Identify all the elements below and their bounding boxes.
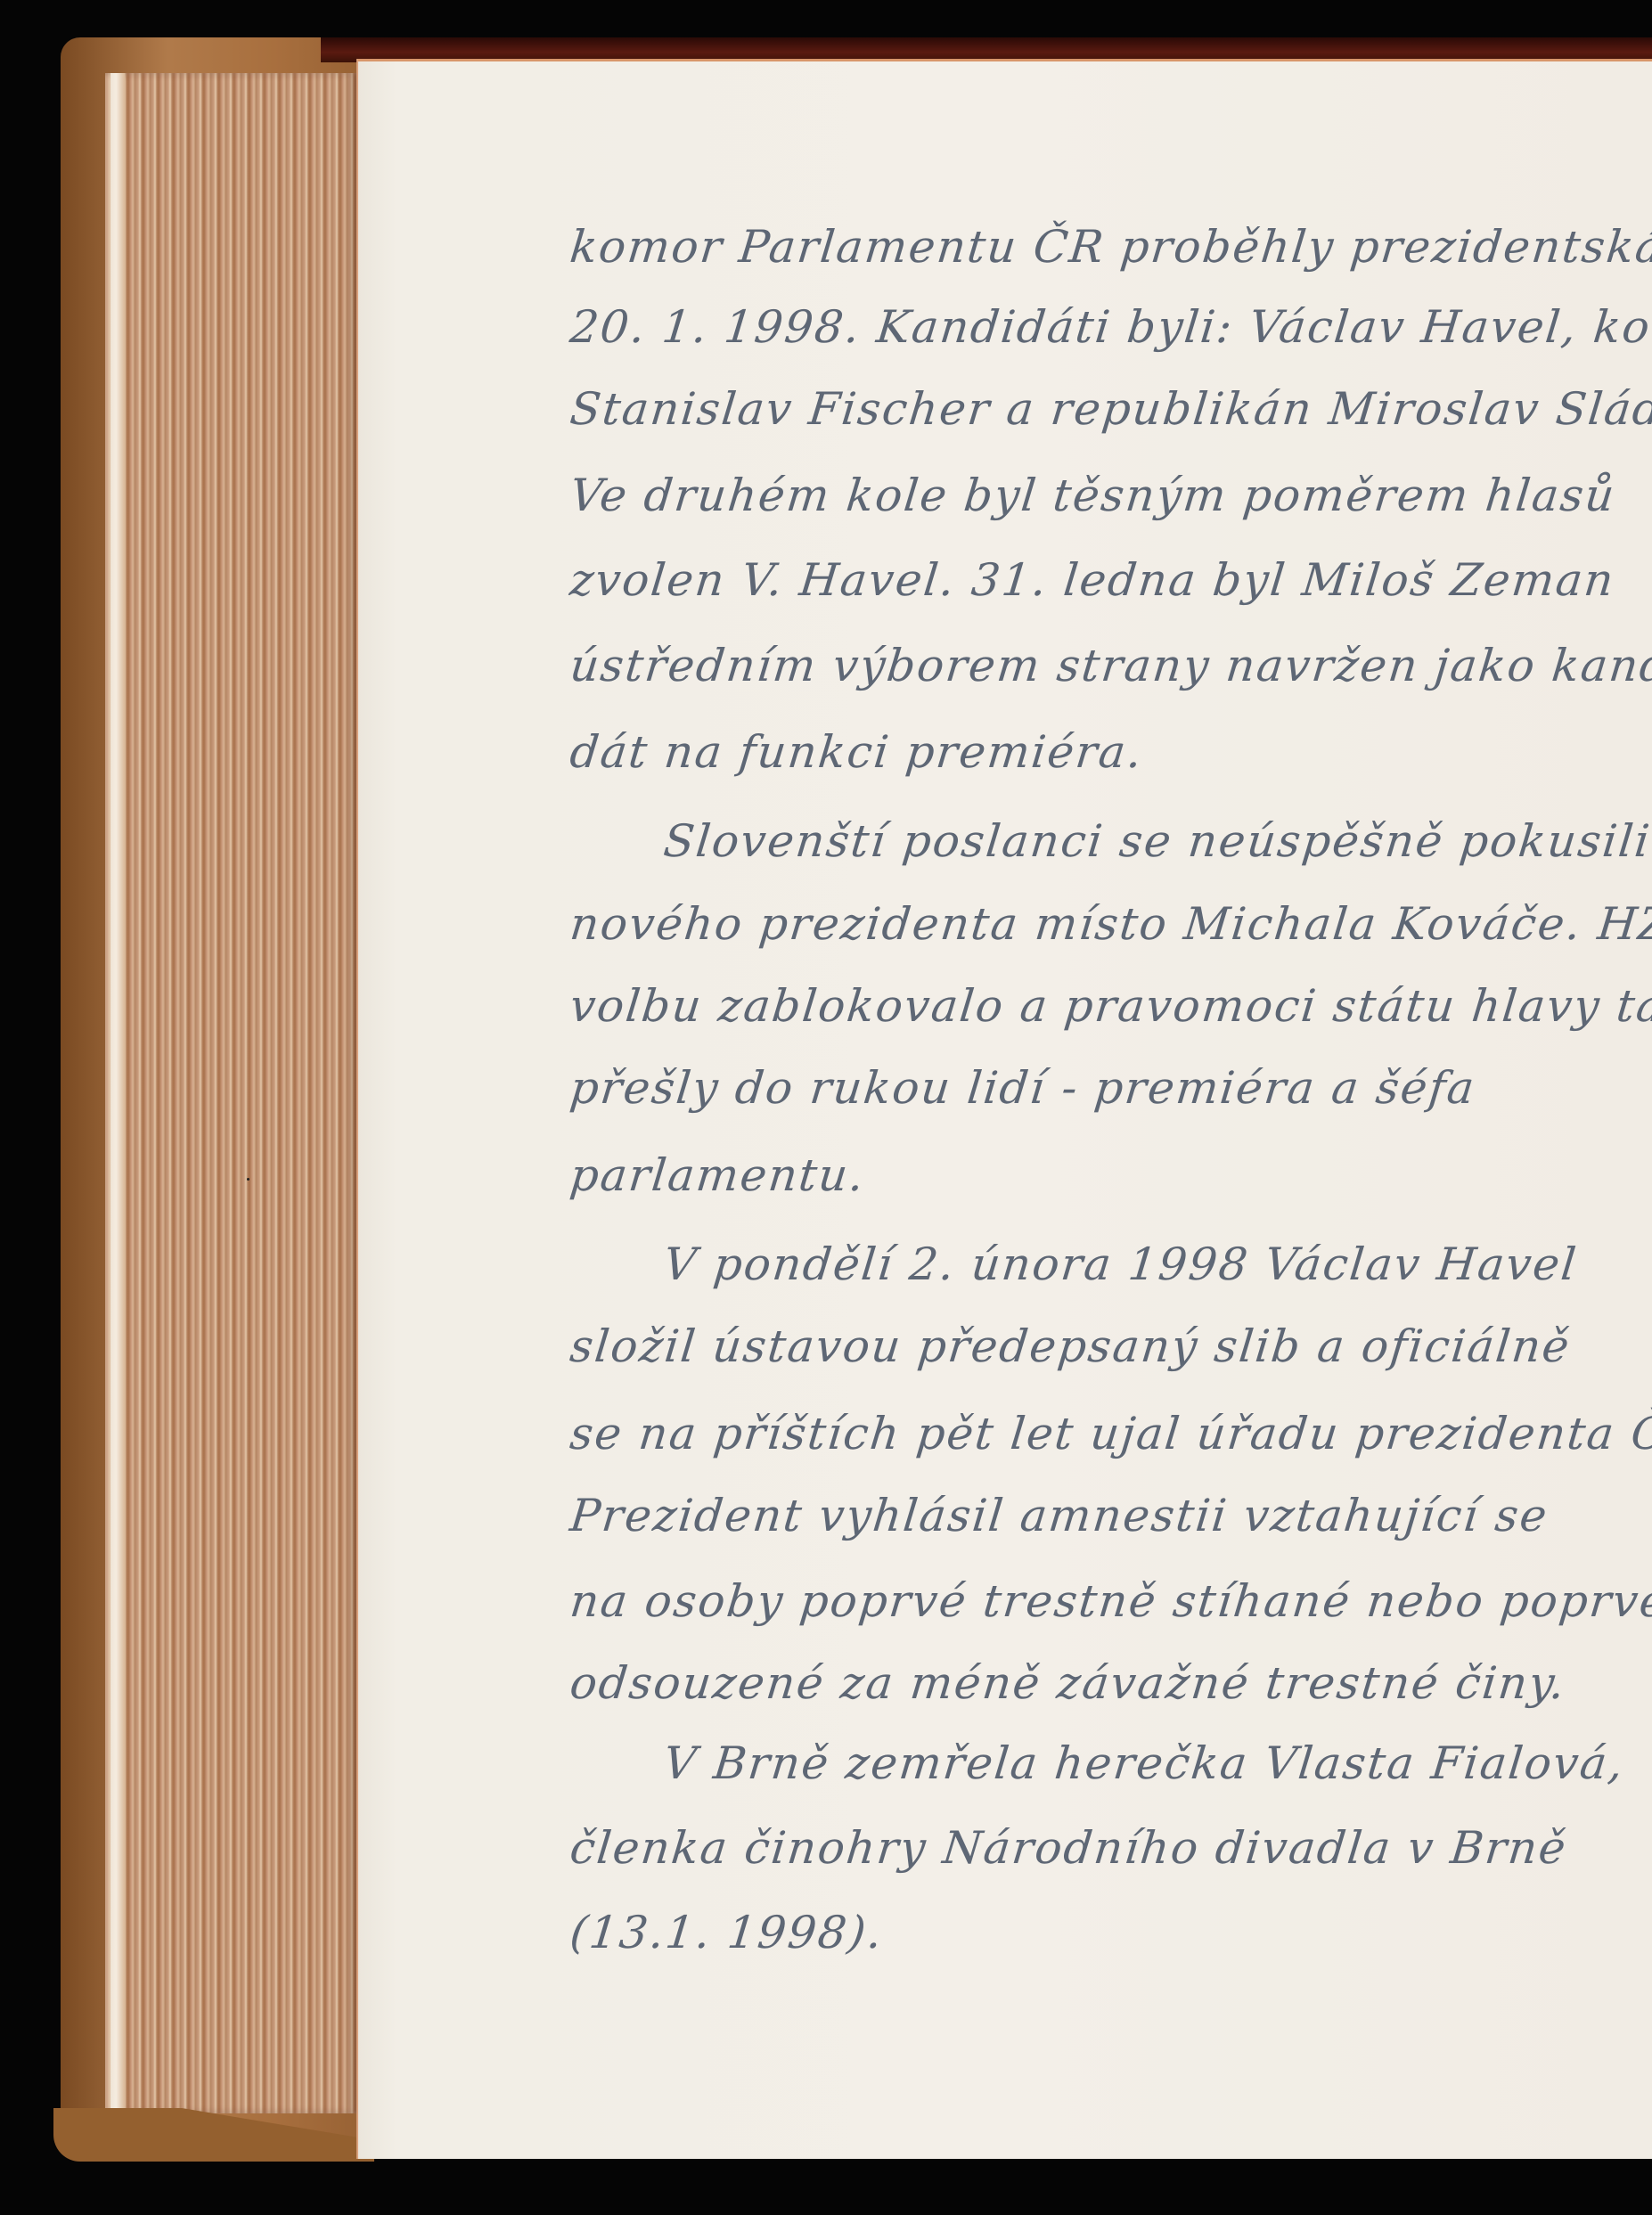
handwritten-line: dát na funkci premiéra.	[568, 726, 1146, 778]
handwritten-line: se na příštích pět let ujal úřadu prezid…	[568, 1408, 1652, 1459]
handwritten-line: členka činohry Národního divadla v Brně	[568, 1822, 1570, 1874]
handwritten-line: přešly do rukou lidí - premiéra a šéfa	[568, 1062, 1478, 1114]
handwritten-line: V Brně zemřela herečka Vlasta Fialová,	[661, 1737, 1627, 1789]
handwritten-line: Ve druhém kole byl těsným poměrem hlasů	[568, 470, 1618, 521]
handwritten-line: zvolen V. Havel. 31. ledna byl Miloš Zem…	[568, 554, 1617, 606]
page-stack-edges	[105, 73, 356, 2113]
handwritten-line: parlamentu.	[568, 1149, 868, 1201]
handwritten-line: Stanislav Fischer a republikán Miroslav …	[568, 383, 1652, 435]
handwritten-line: nového prezidenta místo Michala Kováče. …	[568, 898, 1652, 950]
handwritten-line: volbu zablokovalo a pravomoci státu hlav…	[568, 980, 1652, 1032]
handwritten-line: odsouzené za méně závažné trestné činy.	[568, 1657, 1568, 1709]
handwritten-line: 20. 1. 1998. Kandidáti byli: Václav Have…	[568, 301, 1652, 353]
handwritten-line: (13.1. 1998).	[568, 1907, 886, 1958]
handwritten-line: složil ústavou předepsaný slib a oficiál…	[568, 1320, 1574, 1372]
handwritten-line: komor Parlamentu ČR proběhly prezidentsk…	[568, 221, 1652, 273]
handwritten-line: Slovenští poslanci se neúspěšně pokusili…	[661, 815, 1652, 867]
handwritten-line: ústředním výborem strany navržen jako ka…	[568, 640, 1652, 691]
margin-ink-dot	[247, 1178, 249, 1181]
handwritten-line: na osoby poprvé trestně stíhané nebo pop…	[568, 1575, 1652, 1627]
handwritten-line: V pondělí 2. února 1998 Václav Havel	[661, 1238, 1580, 1290]
handwritten-line: Prezident vyhlásil amnestii vztahující s…	[568, 1490, 1551, 1541]
